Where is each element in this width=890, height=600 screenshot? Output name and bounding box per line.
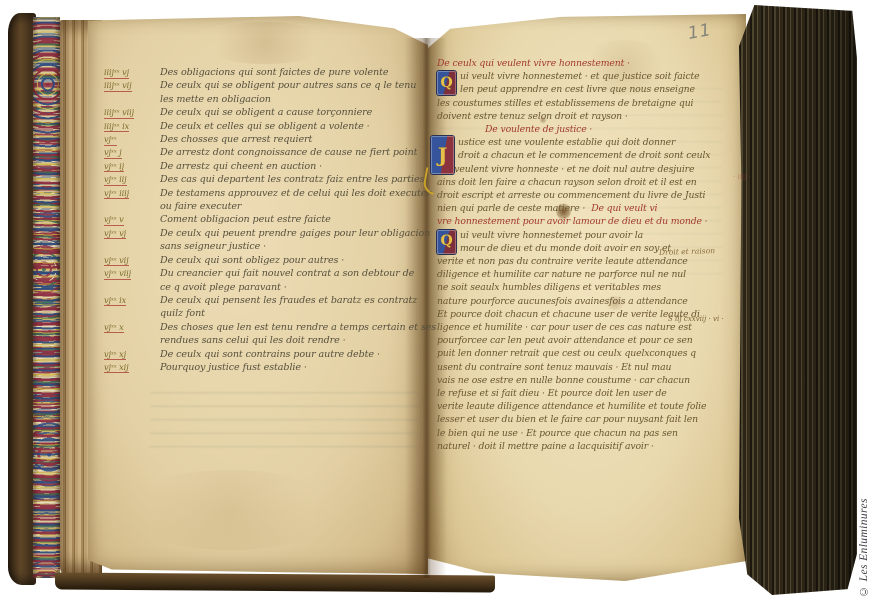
chapter-number: vjˣˣ v — [104, 213, 160, 226]
chapter-number: vjˣˣ iiij — [104, 187, 160, 200]
chapter-number: iiijˣˣ viij — [104, 106, 160, 119]
manuscript-line: ligence et humilite · car pour user de c… — [437, 321, 733, 334]
toc-row: iiijˣˣ viijDe ceulx qui se obligent a ca… — [104, 106, 428, 119]
manuscript-line: naturel · doit il mettre paine a lacquis… — [437, 440, 733, 453]
manuscript-line: le bien qui ne use · Et pource que chacu… — [437, 427, 733, 440]
manuscript-line: droit a chacun et le commencement de dro… — [458, 149, 733, 162]
toc-row: iiijˣˣ ixDe ceulx et celles qui se oblig… — [104, 120, 428, 133]
toc-entry-text: ce q avoit plege paravant · — [160, 281, 428, 294]
rubric-heading-inline: De qui veult vi — [591, 203, 657, 214]
toc-row: ce q avoit plege paravant · — [104, 281, 428, 294]
chapter-number: vjˣˣ vj — [104, 227, 160, 240]
toc-entry-text: De ceulx et celles qui se obligent a vol… — [160, 120, 428, 133]
text-paragraph: Qui veult vivre honnestemet pour avoir l… — [437, 229, 733, 453]
manuscript-line: puit len donner retrait que cest ou ceul… — [437, 347, 733, 360]
illuminated-initial-q: Q — [437, 230, 456, 254]
toc-entry-text: ou faire executer — [160, 200, 428, 213]
toc-row: vjˣˣ xijPourquoy justice fust establie · — [104, 361, 428, 374]
toc-entry-text: sans seigneur justice · — [160, 240, 428, 253]
manuscript-line: usent du contraire sont tenuz mauvais · … — [437, 361, 733, 374]
toc-row: sans seigneur justice · — [104, 240, 428, 253]
toc-entry-text: Coment obligacion peut estre faicte — [160, 213, 428, 226]
toc-entry-text: Des obligacions qui sont faictes de pure… — [160, 66, 428, 79]
manuscript-line: nien qui parle de ceste matiere ·De qui … — [437, 202, 733, 215]
toc-row: vjˣˣ vijDe ceulx qui sont obligez pour a… — [104, 254, 428, 267]
margin-note-faint: · iiij · — [733, 173, 751, 181]
toc-entry-text: Des choses que len est tenu rendre a tem… — [160, 321, 436, 334]
toc-row: iiijˣˣ vjDes obligacions qui sont faicte… — [104, 66, 428, 79]
toc-entry-text: De ceulx qui sont contrains pour autre d… — [160, 348, 428, 361]
chapter-number: iiijˣˣ vij — [104, 79, 160, 92]
margin-note-reference: S iij cxxviij · vi · — [668, 315, 724, 323]
toc-entry-text: Du creancier qui fait nouvel contrat a s… — [160, 267, 428, 280]
manuscript-line: pourforcee car len peut avoir attendance… — [437, 334, 733, 347]
manuscript-line: ustice est une voulente establie qui doi… — [458, 136, 733, 149]
chapter-number: vjˣˣ ij — [104, 160, 160, 173]
toc-row: rendues sans celui qui les doit rendre · — [104, 334, 428, 347]
manuscript-line: len peut apprendre en cest livre que nou… — [460, 83, 733, 96]
illuminated-initial-j: J — [431, 136, 454, 174]
manuscript-line: verite et non pas du contraire verite le… — [437, 255, 733, 268]
toc-entry-text: De testamens approuvez et de celui qui l… — [160, 187, 431, 200]
chapter-number: vjˣˣ — [104, 133, 160, 146]
manuscript-line: nature pourforce aucunesfois avainesfois… — [437, 295, 733, 308]
chapter-number — [104, 240, 160, 253]
manuscript-photo: iiijˣˣ vjDes obligacions qui sont faicte… — [0, 0, 890, 600]
toc-entry-text: rendues sans celui qui les doit rendre · — [160, 334, 428, 347]
toc-entry-text: Des chosses que arrest requiert — [160, 133, 428, 146]
toc-entry-text: De ceulx qui peuent prendre gaiges pour … — [160, 227, 430, 240]
toc-row: iiijˣˣ vijDe ceulx qui se obligent pour … — [104, 79, 428, 92]
toc-row: vjˣˣ ixDe ceulx qui pensent les fraudes … — [104, 294, 428, 307]
folio-number: 11 — [686, 20, 713, 44]
toc-entry-text: De ceulx qui se obligent a cause torçonn… — [160, 106, 428, 119]
text-paragraph: Qui veult vivre honnestemet · et que jus… — [437, 70, 733, 123]
toc-row: quilz font — [104, 307, 428, 320]
toc-row: les mette en obligacion — [104, 93, 428, 106]
manuscript-line: ne soit seaulx humbles diligens et verit… — [437, 281, 733, 294]
marbled-endpaper-edge — [33, 17, 60, 578]
manuscript-line: ui veult vivre honnestemet · et que just… — [460, 70, 733, 83]
manuscript-line: droit escript et arreste ou commencement… — [437, 189, 733, 202]
copyright-credit: © Les Enluminures — [858, 452, 870, 597]
chapter-number: iiijˣˣ vj — [104, 66, 160, 79]
toc-row: ou faire executer — [104, 200, 428, 213]
manuscript-line: ains doit len faire a chacun rayson selo… — [437, 176, 733, 189]
toc-row: vjˣˣ xDes choses que len est tenu rendre… — [104, 321, 428, 334]
manuscript-line: qui veulent vivre honneste · et ne doit … — [437, 163, 733, 176]
text-paragraph: Justice est une voulente establie qui do… — [437, 136, 733, 215]
chapter-number — [104, 200, 160, 213]
chapter-number — [104, 307, 160, 320]
chapter-number: iiijˣˣ ix — [104, 120, 160, 133]
chapter-number: vjˣˣ ix — [104, 294, 160, 307]
toc-entry-text: De ceulx qui pensent les fraudes et bara… — [160, 294, 428, 307]
rubric-heading: De ceulx qui veulent vivre honnestement … — [437, 57, 733, 70]
toc-entry-text: Pourquoy justice fust establie · — [160, 361, 428, 374]
book-cover-left-board — [8, 13, 36, 585]
toc-row: vjˣˣ iiijDe testamens approuvez et de ce… — [104, 187, 428, 200]
right-page-edges — [739, 5, 857, 595]
chapter-number — [104, 281, 160, 294]
illuminated-initial-q: Q — [437, 71, 456, 95]
chapter-number: vjˣˣ xj — [104, 348, 160, 361]
toc-row: vjˣˣ jDe arrestz dont congnoissance de c… — [104, 146, 428, 159]
manuscript-line: verite leaute diligence attendance et hu… — [437, 400, 733, 413]
manuscript-line: doivent estre tenuz selon droit et rayso… — [437, 110, 733, 123]
rubric-heading: De voulente de justice · — [485, 123, 733, 136]
chapter-number: vjˣˣ viij — [104, 267, 160, 280]
toc-row: vjˣˣ xjDe ceulx qui sont contrains pour … — [104, 348, 428, 361]
chapter-number: vjˣˣ vij — [104, 254, 160, 267]
rubric-heading: vre honnestement pour avoir lamour de di… — [437, 215, 733, 228]
toc-row: vjˣˣ vjDe ceulx qui peuent prendre gaige… — [104, 227, 428, 240]
toc-row: vjˣˣ ijDe arrestz qui cheent en auction … — [104, 160, 428, 173]
toc-row: vjˣˣ viijDu creancier qui fait nouvel co… — [104, 267, 428, 280]
manuscript-line: les coustumes stilles et establissemens … — [437, 97, 733, 110]
chapter-number: vjˣˣ iij — [104, 173, 160, 186]
manuscript-line: le refuse et si fait dieu · Et pource do… — [437, 387, 733, 400]
chapter-number — [104, 93, 160, 106]
chapter-number: vjˣˣ xij — [104, 361, 160, 374]
manuscript-line: lesser et user du bien et le faire car p… — [437, 413, 733, 426]
chapter-number: vjˣˣ j — [104, 146, 160, 159]
toc-row: vjˣˣ vComent obligacion peut estre faict… — [104, 213, 428, 226]
chapter-number — [104, 334, 160, 347]
toc-entry-text: De arrestz dont congnoissance de cause n… — [160, 146, 428, 159]
manuscript-line: diligence et humilite car nature ne parf… — [437, 268, 733, 281]
toc-entry-text: De ceulx qui sont obligez pour autres · — [160, 254, 428, 267]
manuscript-line: vais ne ose estre en nulle bonne coustum… — [437, 374, 733, 387]
toc-row: vjˣˣDes chosses que arrest requiert — [104, 133, 428, 146]
manuscript-line: ui veult vivre honnestemet pour avoir la — [460, 229, 733, 242]
toc-entry-text: les mette en obligacion — [160, 93, 428, 106]
toc-entry-text: De arrestz qui cheent en auction · — [160, 160, 428, 173]
toc-entry-text: Des cas qui departent les contratz faiz … — [160, 173, 428, 186]
toc-entry-text: De ceulx qui se obligent pour autres san… — [160, 79, 428, 92]
toc-row: vjˣˣ iijDes cas qui departent les contra… — [104, 173, 428, 186]
show-through-text — [149, 392, 419, 448]
toc-entry-text: quilz font — [160, 307, 428, 320]
chapter-number: vjˣˣ x — [104, 321, 160, 334]
left-page-toc: iiijˣˣ vjDes obligacions qui sont faicte… — [104, 66, 428, 374]
